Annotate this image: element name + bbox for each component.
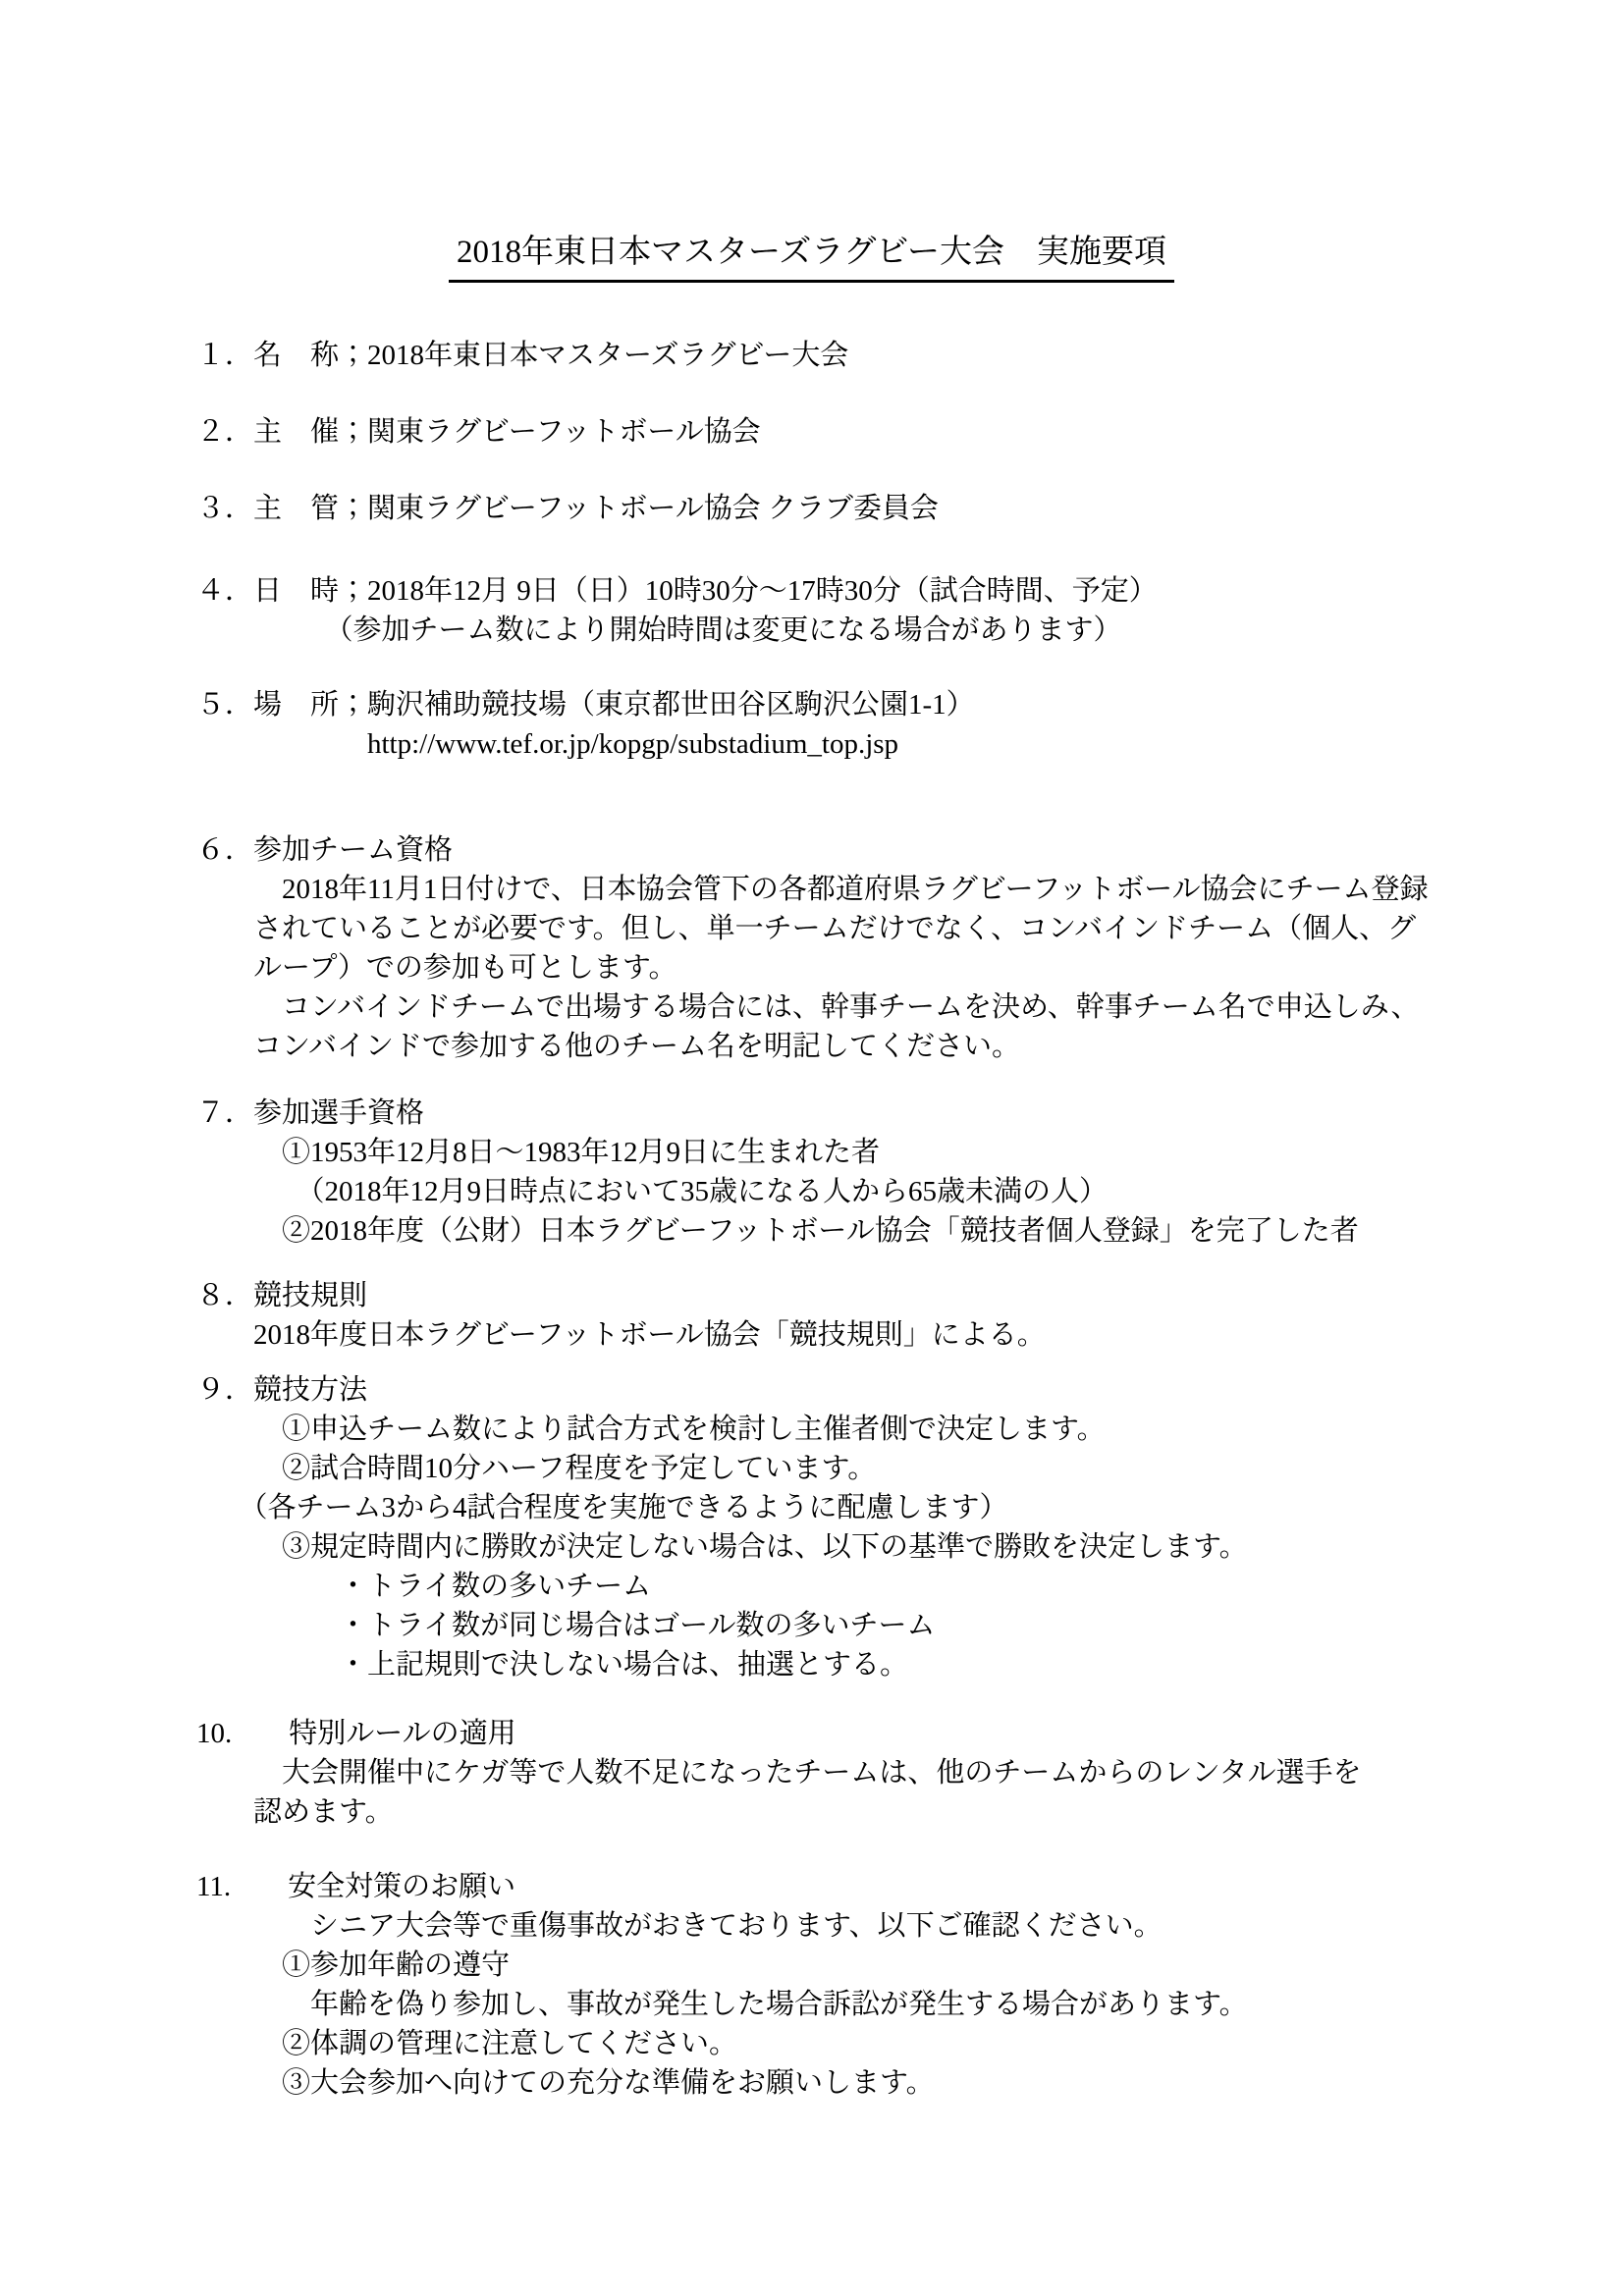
doc-line: 2018年度日本ラグビーフットボール協会「競技規則」による。 — [196, 1315, 1564, 1355]
section-management: ３．主 管；関東ラグビーフットボール協会 クラブ委員会 — [196, 489, 1564, 528]
doc-line: ６．参加チーム資格 — [196, 830, 1564, 870]
doc-line: ②試合時間10分ハーフ程度を予定しています。 — [196, 1449, 1564, 1488]
doc-line: 年齢を偽り参加し、事故が発生した場合訴訟が発生する場合があります。 — [196, 1985, 1564, 2024]
doc-line: １．名 称；2018年東日本マスターズラグビー大会 — [196, 336, 1564, 375]
doc-line: ③大会参加へ向けての充分な準備をお願いします。 — [196, 2063, 1564, 2103]
doc-line: ５．場 所；駒沢補助競技場（東京都世田谷区駒沢公園1-1） — [196, 685, 1564, 724]
section-method: ９．競技方法 ①申込チーム数により試合方式を検討し主催者側で決定します。 ②試合… — [196, 1370, 1564, 1684]
doc-line: 10. 特別ルールの適用 — [196, 1714, 1564, 1753]
doc-line: ４．日 時；2018年12月 9日（日）10時30分～17時30分（試合時間、予… — [196, 571, 1564, 611]
doc-line: ２．主 催；関東ラグビーフットボール協会 — [196, 412, 1564, 452]
doc-line: （2018年12月9日時点において35歳になる人から65歳未満の人） — [196, 1172, 1564, 1211]
doc-line: ①申込チーム数により試合方式を検討し主催者側で決定します。 — [196, 1410, 1564, 1449]
doc-line: ・トライ数の多いチーム — [196, 1567, 1564, 1606]
section-team-eligibility: ６．参加チーム資格 2018年11月1日付けで、日本協会管下の各都道府県ラグビー… — [196, 830, 1564, 1066]
doc-line: コンバインドチームで出場する場合には、幹事チームを決め、幹事チーム名で申込しみ、 — [196, 988, 1564, 1027]
doc-line: ３．主 管；関東ラグビーフットボール協会 クラブ委員会 — [196, 489, 1564, 528]
doc-line: シニア大会等で重傷事故がおきております、以下ご確認ください。 — [196, 1906, 1564, 1946]
section-safety: 11. 安全対策のお願い シニア大会等で重傷事故がおきております、以下ご確認くだ… — [196, 1867, 1564, 2103]
document-body: １．名 称；2018年東日本マスターズラグビー大会 ２．主 催；関東ラグビーフッ… — [0, 336, 1623, 2103]
doc-line: （参加チーム数により開始時間は変更になる場合があります） — [196, 611, 1564, 650]
doc-line: ③規定時間内に勝敗が決定しない場合は、以下の基準で勝敗を決定します。 — [196, 1527, 1564, 1567]
doc-line: 大会開催中にケガ等で人数不足になったチームは、他のチームからのレンタル選手を — [196, 1753, 1564, 1792]
doc-line: ７．参加選手資格 — [196, 1094, 1564, 1133]
venue-url: http://www.tef.or.jp/kopgp/substadium_to… — [196, 724, 1564, 764]
doc-line: ②2018年度（公財）日本ラグビーフットボール協会「競技者個人登録」を完了した者 — [196, 1211, 1564, 1251]
section-organizer: ２．主 催；関東ラグビーフットボール協会 — [196, 412, 1564, 452]
section-venue: ５．場 所；駒沢補助競技場（東京都世田谷区駒沢公園1-1） http://www… — [196, 685, 1564, 764]
doc-line: （各チーム3から4試合程度を実施できるように配慮します） — [196, 1488, 1564, 1527]
document-title: 2018年東日本マスターズラグビー大会 実施要項 — [449, 230, 1174, 283]
doc-line: ・トライ数が同じ場合はゴール数の多いチーム — [196, 1606, 1564, 1645]
doc-line: ②体調の管理に注意してください。 — [196, 2024, 1564, 2063]
document-page: 2018年東日本マスターズラグビー大会 実施要項 １．名 称；2018年東日本マ… — [0, 0, 1623, 2296]
doc-line: ９．競技方法 — [196, 1370, 1564, 1410]
doc-line: 認めます。 — [196, 1792, 1564, 1832]
doc-line: ８．競技規則 — [196, 1276, 1564, 1315]
doc-line: 11. 安全対策のお願い — [196, 1867, 1564, 1906]
section-rules: ８．競技規則 2018年度日本ラグビーフットボール協会「競技規則」による。 — [196, 1276, 1564, 1355]
section-special-rules: 10. 特別ルールの適用 大会開催中にケガ等で人数不足になったチームは、他のチー… — [196, 1714, 1564, 1832]
doc-line: ループ）での参加も可とします。 — [196, 948, 1564, 988]
section-name: １．名 称；2018年東日本マスターズラグビー大会 — [196, 336, 1564, 375]
doc-line: ①参加年齢の遵守 — [196, 1946, 1564, 1985]
section-player-eligibility: ７．参加選手資格 ①1953年12月8日～1983年12月9日に生まれた者 （2… — [196, 1094, 1564, 1251]
section-datetime: ４．日 時；2018年12月 9日（日）10時30分～17時30分（試合時間、予… — [196, 571, 1564, 650]
doc-line: ①1953年12月8日～1983年12月9日に生まれた者 — [196, 1133, 1564, 1172]
doc-line: 2018年11月1日付けで、日本協会管下の各都道府県ラグビーフットボール協会にチ… — [196, 870, 1564, 909]
doc-line: ・上記規則で決しない場合は、抽選とする。 — [196, 1645, 1564, 1684]
title-row: 2018年東日本マスターズラグビー大会 実施要項 — [0, 0, 1623, 283]
doc-line: コンバインドで参加する他のチーム名を明記してください。 — [196, 1027, 1564, 1066]
doc-line: されていることが必要です。但し、単一チームだけでなく、コンバインドチーム（個人、… — [196, 909, 1564, 948]
